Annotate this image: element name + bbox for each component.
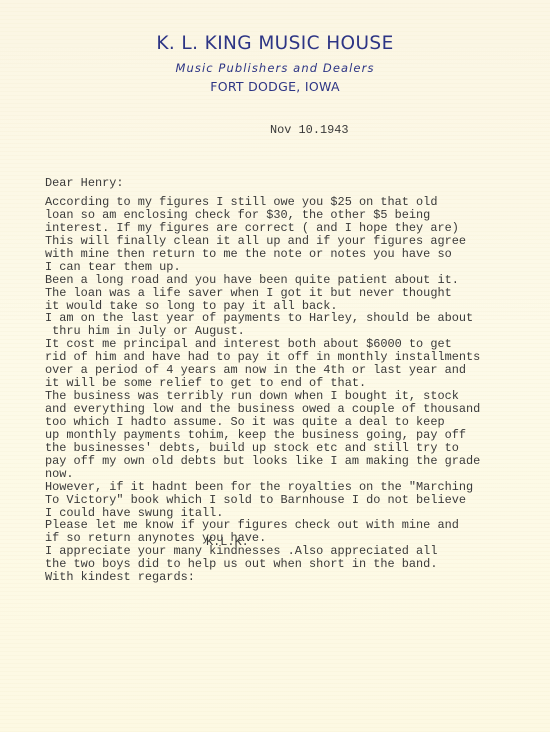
letter-line: up monthly payments tohim, keep the busi… (45, 429, 480, 442)
letter-line: To Victory" book which I sold to Barnhou… (45, 494, 480, 507)
letter-line: with mine then return to me the note or … (45, 248, 480, 261)
company-location: FORT DODGE, IOWA (0, 79, 550, 94)
signature: K.L.K. (206, 535, 249, 549)
letter-line: According to my figures I still owe you … (45, 196, 480, 209)
letter-line: and everything low and the business owed… (45, 403, 480, 416)
company-tagline: Music Publishers and Dealers (0, 61, 550, 75)
letter-line: Been a long road and you have been quite… (45, 274, 480, 287)
letter-line: interest. If my figures are correct ( an… (45, 222, 480, 235)
letter-line: now. (45, 468, 480, 481)
letter-line: However, if it hadnt been for the royalt… (45, 481, 480, 494)
letter-line: With kindest regards: (45, 571, 480, 584)
salutation: Dear Henry: (45, 176, 124, 190)
letter-line: pay off my own old debts but looks like … (45, 455, 480, 468)
letter-line: too which I hadto assume. So it was quit… (45, 416, 480, 429)
letter-line: This will finally clean it all up and if… (45, 235, 480, 248)
letter-line: I can tear them up. (45, 261, 480, 274)
letter-date: Nov 10.1943 (270, 123, 349, 137)
letter-line: the businesses' debts, build up stock et… (45, 442, 480, 455)
letter-line: loan so am enclosing check for $30, the … (45, 209, 480, 222)
company-name: K. L. KING MUSIC HOUSE (0, 33, 550, 54)
letter-body: According to my figures I still owe you … (45, 196, 480, 584)
letter-line: The loan was a life saver when I got it … (45, 287, 480, 300)
